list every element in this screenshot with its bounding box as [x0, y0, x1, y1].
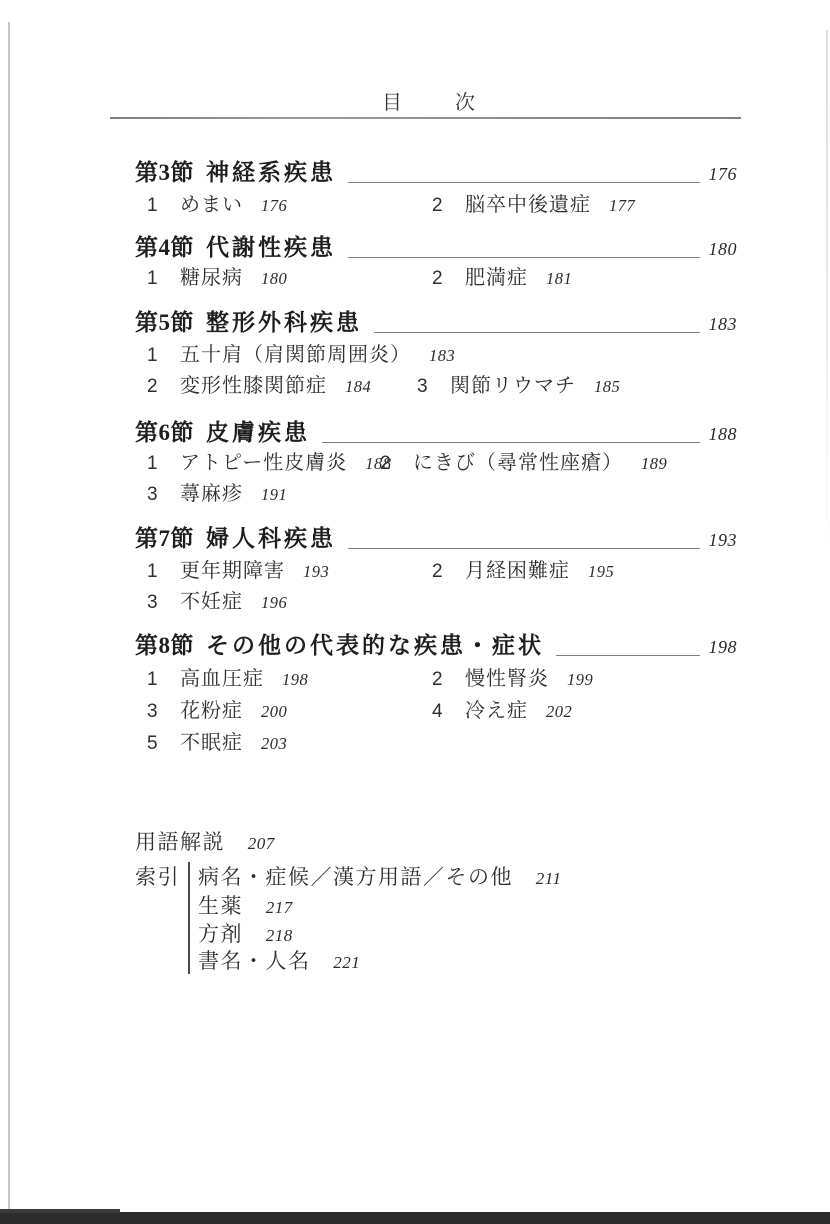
section-heading: 第3節 神経系疾患 176 [135, 160, 737, 187]
item-number: 2 [432, 194, 445, 218]
index-entry: 生薬 217 [198, 893, 293, 921]
index-entry-page-number: 221 [333, 953, 360, 972]
item-page-number: 189 [641, 452, 667, 476]
scan-edge-bottom-band [0, 1212, 830, 1224]
item-number: 2 [432, 668, 445, 692]
page-title: 目 次 [382, 86, 475, 115]
item-page-number: 181 [546, 267, 572, 291]
scanned-toc-page: 目 次 第3節 神経系疾患 176 1 めまい 176 2 脳卒中後遺症 177… [0, 0, 830, 1224]
toc-item: 2 脳卒中後遺症 177 [432, 193, 635, 218]
toc-item-row: 1 糖尿病 180 2 肥満症 181 [135, 266, 775, 292]
section-title: 皮膚疾患 [206, 420, 310, 446]
item-name: 慢性腎炎 [465, 667, 549, 691]
header-rule [110, 117, 741, 119]
section-label: 第3節 [135, 160, 194, 186]
item-number: 2 [432, 267, 445, 291]
item-name: アトピー性皮膚炎 [180, 451, 347, 475]
toc-item-row: 5 不眠症 203 [135, 731, 775, 757]
glossary-row: 用語解説 207 [135, 829, 275, 857]
item-name: 更年期障害 [180, 559, 285, 583]
item-number: 3 [417, 375, 430, 399]
item-number: 1 [147, 560, 160, 584]
toc-item: 2 にきび（尋常性座瘡） 189 [380, 451, 667, 476]
item-name: めまい [180, 193, 243, 217]
item-name: 不眠症 [180, 731, 243, 755]
index-entry-page-number: 211 [536, 869, 562, 888]
item-number: 1 [147, 344, 160, 368]
item-page-number: 191 [261, 483, 287, 507]
leader-line [348, 182, 700, 183]
toc-item-row: 1 めまい 176 2 脳卒中後遺症 177 [135, 193, 775, 219]
item-number: 2 [380, 452, 393, 476]
toc-item-row: 3 蕁麻疹 191 [135, 482, 775, 508]
toc-item-row: 2 変形性膝関節症 184 3 関節リウマチ 185 [135, 374, 775, 400]
item-name: 変形性膝関節症 [180, 374, 327, 398]
page-title-char: 目 [382, 86, 402, 115]
item-page-number: 198 [282, 668, 308, 692]
toc-item-row: 1 五十肩（肩関節周囲炎） 183 [135, 343, 775, 369]
item-page-number: 200 [261, 700, 287, 724]
item-page-number: 196 [261, 591, 287, 615]
item-page-number: 203 [261, 732, 287, 756]
index-entry: 病名・症候／漢方用語／その他 211 [198, 864, 562, 892]
item-number: 2 [432, 560, 445, 584]
section-page-number: 183 [709, 311, 738, 337]
index-label: 索引 [135, 864, 180, 890]
item-number: 3 [147, 591, 160, 615]
item-name: 不妊症 [180, 590, 243, 614]
item-number: 4 [432, 700, 445, 724]
toc-item: 1 めまい 176 [147, 193, 287, 218]
index-entry-name: 病名・症候／漢方用語／その他 [198, 865, 513, 889]
toc-item: 1 アトピー性皮膚炎 188 [147, 451, 391, 476]
toc-item: 2 肥満症 181 [432, 266, 572, 291]
page-title-char: 次 [455, 86, 475, 115]
toc-item: 3 蕁麻疹 191 [147, 482, 287, 507]
section-label: 第4節 [135, 235, 194, 261]
index-entry-name: 書名・人名 [198, 949, 311, 973]
toc-item: 3 関節リウマチ 185 [417, 374, 620, 399]
item-number: 5 [147, 732, 160, 756]
leader-line [322, 442, 700, 443]
item-name: 蕁麻疹 [180, 482, 243, 506]
toc-item: 2 月経困難症 195 [432, 559, 614, 584]
item-name: 五十肩（肩関節周囲炎） [180, 343, 411, 367]
section-page-number: 176 [709, 161, 738, 187]
toc-item-row: 1 更年期障害 193 2 月経困難症 195 [135, 559, 775, 585]
index-entry-name: 方剤 [198, 922, 243, 946]
section-label: 第8節 [135, 633, 194, 659]
section-label: 第5節 [135, 310, 194, 336]
item-name: 肥満症 [465, 266, 528, 290]
glossary-page-number: 207 [248, 834, 275, 853]
section-title: その他の代表的な疾患・症状 [206, 633, 544, 659]
item-page-number: 176 [261, 194, 287, 218]
item-page-number: 193 [303, 560, 329, 584]
toc-item: 1 五十肩（肩関節周囲炎） 183 [147, 343, 455, 368]
section-page-number: 198 [709, 634, 738, 660]
item-page-number: 183 [429, 344, 455, 368]
leader-line [348, 548, 700, 549]
toc-item-row: 1 高血圧症 198 2 慢性腎炎 199 [135, 667, 775, 693]
index-entry-page-number: 218 [266, 926, 293, 945]
item-number: 1 [147, 267, 160, 291]
item-page-number: 180 [261, 267, 287, 291]
toc-item: 4 冷え症 202 [432, 699, 572, 724]
section-heading: 第8節 その他の代表的な疾患・症状 198 [135, 633, 737, 660]
item-number: 2 [147, 375, 160, 399]
item-page-number: 202 [546, 700, 572, 724]
item-name: 花粉症 [180, 699, 243, 723]
toc-item-row: 1 アトピー性皮膚炎 188 2 にきび（尋常性座瘡） 189 [135, 451, 775, 477]
item-name: 冷え症 [465, 699, 528, 723]
section-title: 婦人科疾患 [206, 526, 336, 552]
item-number: 3 [147, 483, 160, 507]
toc-item: 1 更年期障害 193 [147, 559, 329, 584]
section-title: 代謝性疾患 [206, 235, 336, 261]
scan-edge-right-line [826, 30, 828, 560]
index-divider-bar [188, 862, 190, 974]
item-name: 関節リウマチ [450, 374, 576, 398]
section-label: 第6節 [135, 420, 194, 446]
section-page-number: 193 [709, 527, 738, 553]
section-heading: 第7節 婦人科疾患 193 [135, 526, 737, 553]
item-page-number: 177 [609, 194, 635, 218]
toc-item: 2 慢性腎炎 199 [432, 667, 593, 692]
toc-item: 3 不妊症 196 [147, 590, 287, 615]
section-heading: 第5節 整形外科疾患 183 [135, 310, 737, 337]
item-name: にきび（尋常性座瘡） [413, 451, 623, 475]
item-name: 月経困難症 [465, 559, 570, 583]
item-page-number: 199 [567, 668, 593, 692]
item-number: 1 [147, 668, 160, 692]
toc-item-row: 3 花粉症 200 4 冷え症 202 [135, 699, 775, 725]
section-label: 第7節 [135, 526, 194, 552]
item-number: 3 [147, 700, 160, 724]
toc-item: 1 高血圧症 198 [147, 667, 308, 692]
toc-item: 1 糖尿病 180 [147, 266, 287, 291]
section-page-number: 188 [709, 421, 738, 447]
toc-item-row: 3 不妊症 196 [135, 590, 775, 616]
section-heading: 第4節 代謝性疾患 180 [135, 235, 737, 262]
toc-item: 2 変形性膝関節症 184 [147, 374, 371, 399]
index-entry-page-number: 217 [266, 898, 293, 917]
leader-line [348, 257, 700, 258]
toc-item: 3 花粉症 200 [147, 699, 287, 724]
toc-item: 5 不眠症 203 [147, 731, 287, 756]
item-page-number: 195 [588, 560, 614, 584]
leader-line [374, 332, 700, 333]
index-entry: 方剤 218 [198, 921, 293, 949]
item-page-number: 184 [345, 375, 371, 399]
section-title: 整形外科疾患 [206, 310, 362, 336]
scan-edge-left-line [8, 22, 10, 1210]
item-name: 糖尿病 [180, 266, 243, 290]
section-title: 神経系疾患 [206, 160, 336, 186]
item-name: 高血圧症 [180, 667, 264, 691]
item-page-number: 185 [594, 375, 620, 399]
item-name: 脳卒中後遺症 [465, 193, 591, 217]
section-page-number: 180 [709, 236, 738, 262]
glossary-label: 用語解説 [135, 830, 225, 854]
section-heading: 第6節 皮膚疾患 188 [135, 420, 737, 447]
item-number: 1 [147, 194, 160, 218]
index-entry: 書名・人名 221 [198, 948, 360, 976]
leader-line [556, 655, 700, 656]
item-number: 1 [147, 452, 160, 476]
index-entry-name: 生薬 [198, 894, 243, 918]
